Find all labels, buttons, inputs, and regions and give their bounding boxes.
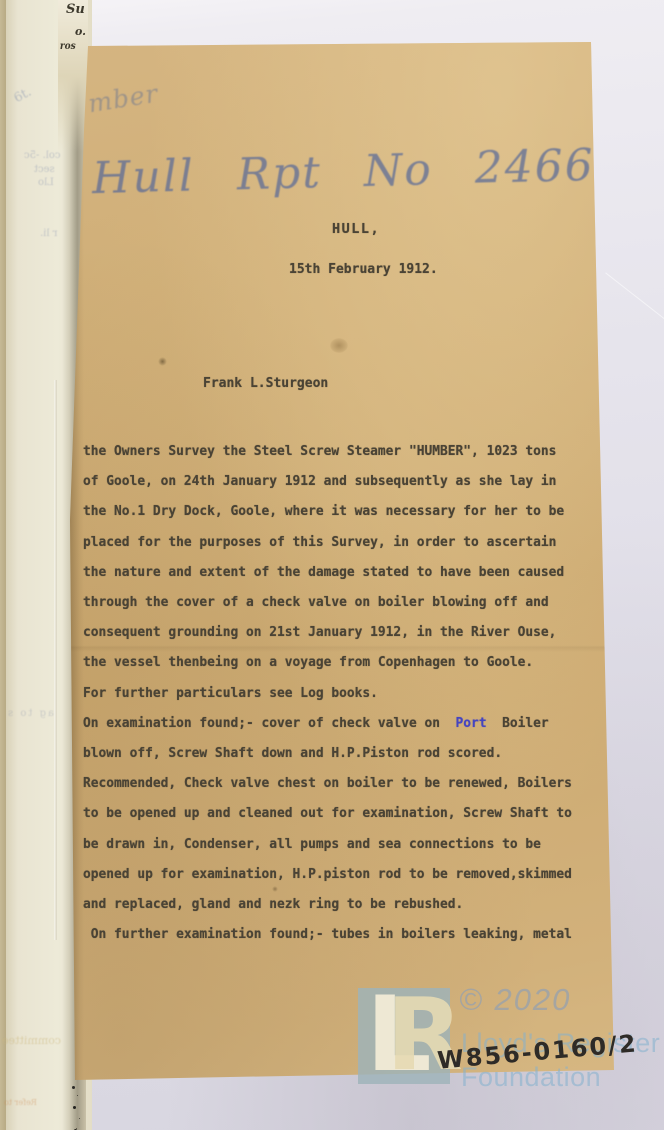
typed-addressee: Frank L.Sturgeon (203, 376, 328, 391)
printed-fragment: ros (60, 41, 76, 52)
copyright-watermark: © 2020 (459, 982, 571, 1018)
bleedthrough-fragment: sect (34, 164, 55, 175)
faint-pencil-note: mber (86, 79, 160, 119)
typed-line: the nature and extent of the damage stat… (83, 558, 572, 588)
typed-line: the Owners Survey the Steel Screw Steame… (83, 437, 572, 467)
survey-report-page: mber Hull Rpt No 24666. HULL, 15th Febru… (0, 0, 664, 1130)
typed-line: through the cover of a check valve on bo… (83, 588, 572, 618)
highlighted-word: Port (456, 716, 487, 731)
typed-city-heading: HULL, (332, 221, 380, 237)
typed-line: be drawn in, Condenser, all pumps and se… (83, 830, 572, 860)
printed-corner-sliver: Su o. ros (58, 0, 88, 152)
typed-line: Recommended, Check valve chest on boiler… (83, 769, 572, 799)
pencil-report-number: Hull Rpt No 24666. (91, 139, 641, 204)
typed-line: opened up for examination, H.P.piston ro… (83, 860, 572, 890)
paper-stain (158, 357, 167, 366)
typed-line: placed for the purposes of this Survey, … (83, 528, 572, 558)
speckled-page-edge (72, 1086, 75, 1089)
bleedthrough-fragment: Refer to (4, 1098, 37, 1107)
typed-date: 15th February 1912. (289, 262, 438, 277)
paper-stain (330, 338, 348, 353)
scanned-document-photo: 6t. col. -5c sect Llo r li. ag to s comm… (0, 0, 664, 1130)
bleedthrough-fragment: ag to s (6, 708, 54, 719)
typed-line: On examination found;- cover of check va… (83, 709, 572, 739)
printed-fragment: o. (75, 25, 86, 38)
bleedthrough-fragment: col. -5c (24, 150, 61, 161)
typed-line: the vessel thenbeing on a voyage from Co… (83, 648, 572, 678)
typed-line: the No.1 Dry Dock, Goole, where it was n… (83, 497, 572, 527)
typed-line: of Goole, on 24th January 1912 and subse… (83, 467, 572, 497)
bleedthrough-fragment: Llo (38, 177, 54, 188)
typed-line: to be opened up and cleaned out for exam… (83, 799, 572, 829)
typed-line: blown off, Screw Shaft down and H.P.Pist… (83, 739, 572, 769)
bleedthrough-fragment: committee (2, 1034, 61, 1047)
typed-report-body: the Owners Survey the Steel Screw Steame… (83, 437, 572, 950)
typed-line: For further particulars see Log books. (83, 679, 572, 709)
typed-line: consequent grounding on 21st January 191… (83, 618, 572, 648)
typed-line: and replaced, gland and nezk ring to be … (83, 890, 572, 920)
bleedthrough-fragment: r li. (40, 228, 58, 239)
typed-line: On further examination found;- tubes in … (83, 920, 572, 950)
printed-fragment: Su (66, 2, 85, 17)
